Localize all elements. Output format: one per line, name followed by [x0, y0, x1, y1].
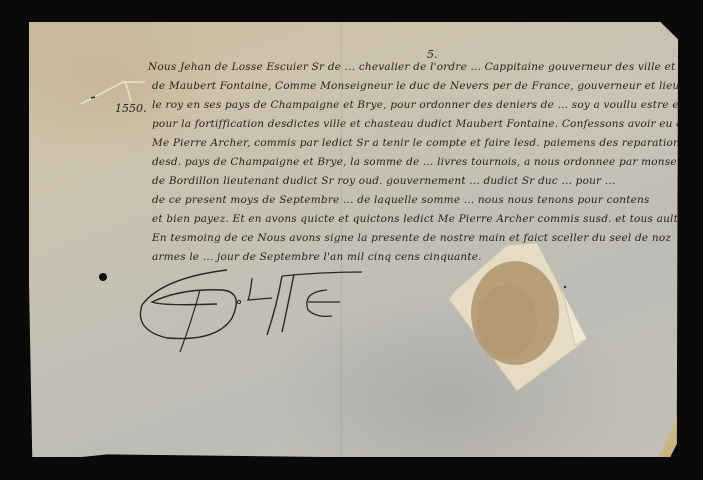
punch-hole [99, 273, 107, 281]
text-line: pour la fortiffication desdictes ville e… [148, 115, 688, 134]
paper-seal [447, 241, 597, 396]
signature-de-losse [122, 260, 372, 355]
folded-corner [657, 410, 679, 458]
manuscript-text: Nous Jehan de Losse Escuier Sr de ... ch… [148, 58, 688, 267]
text-line: et bien payez. Et en avons quicte et qui… [148, 210, 688, 229]
text-line: Nous Jehan de Losse Escuier Sr de ... ch… [148, 58, 688, 77]
text-line: de Bordillon lieutenant dudict Sr roy ou… [148, 172, 688, 191]
text-line: En tesmoing de ce Nous avons signe la pr… [148, 229, 688, 248]
year-mark: 1550. [115, 102, 147, 115]
text-line: de ce present moys de Septembre ... de l… [148, 191, 688, 210]
text-line: de Maubert Fontaine, Comme Monseigneur l… [148, 77, 688, 96]
parchment-sheet: 1550. 5. Nous Jehan de Losse Escuier Sr … [29, 22, 680, 457]
text-line: desd. pays de Champaigne et Brye, la som… [148, 153, 688, 172]
text-line: le roy en ses pays de Champaigne et Brye… [148, 96, 688, 115]
text-line: Me Pierre Archer, commis par ledict Sr a… [148, 134, 688, 153]
